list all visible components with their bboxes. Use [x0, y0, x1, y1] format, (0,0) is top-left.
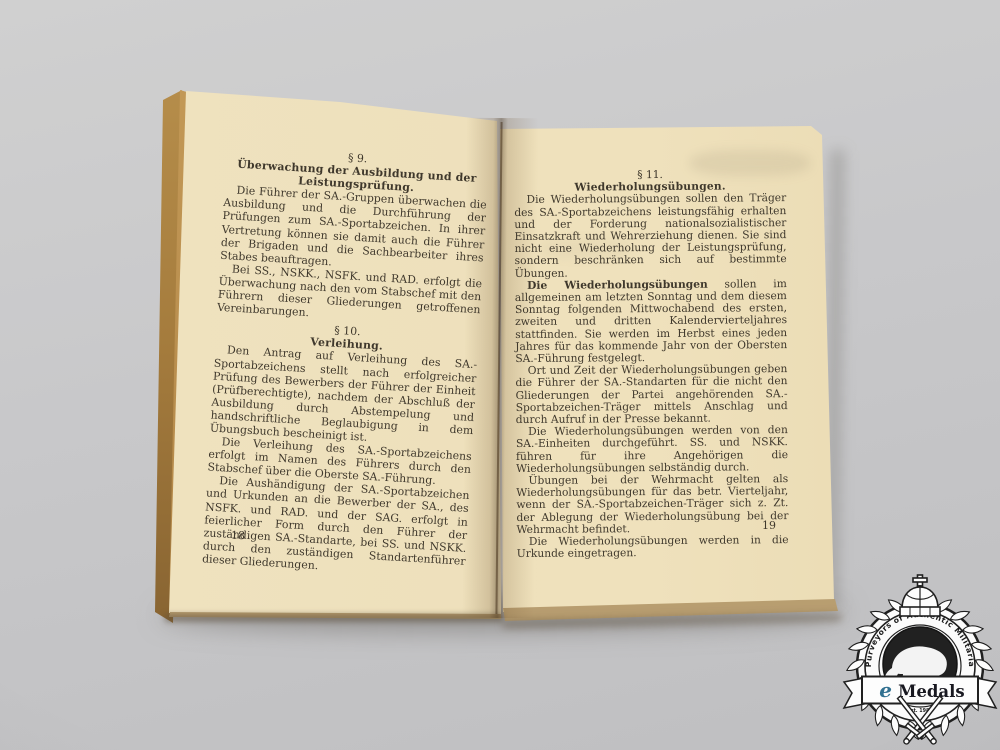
- brand-text: e Medals: [879, 678, 964, 702]
- book-photo: § 9. Überwachung der Ausbildung und der …: [0, 0, 1000, 750]
- paragraph: Die Wiederholungsübungen sollen im allge…: [515, 278, 788, 365]
- left-page-text: § 9. Überwachung der Ausbildung und der …: [202, 141, 490, 581]
- paragraph: Die Wiederholungsübungen werden von den …: [516, 424, 788, 475]
- left-page-bottom-shadow: [165, 614, 503, 622]
- ribbon-banner: e Medals: [844, 677, 996, 709]
- paragraph: Die Wiederholungsübungen sollen den Träg…: [514, 193, 787, 280]
- crown-icon: [900, 575, 940, 616]
- page-number-left: 18: [231, 529, 245, 542]
- paragraph: Die Wiederholungsübungen werden in die U…: [517, 534, 789, 560]
- paragraph: Die Führer der SA.-Gruppen überwachen di…: [220, 183, 487, 277]
- paragraph: Die Aushändigung der SA.-Sportabzeichen …: [202, 474, 470, 581]
- page-number-right: 19: [762, 519, 776, 532]
- right-page-text: § 11. Wiederholungsübungen. Die Wiederho…: [514, 165, 789, 560]
- paragraph-rest: sollen im allgemeinen am letzten Sonntag…: [515, 277, 787, 365]
- paragraph: Ort und Zeit der Wiederholungsübungen ge…: [515, 363, 787, 426]
- emedals-watermark: Purveyors of Authentic Militaria: [838, 574, 1000, 750]
- paragraph: Übungen bei der Wehrmacht gelten als Wie…: [516, 473, 788, 536]
- paragraph: Den Antrag auf Verleihung des SA.-Sporta…: [210, 343, 478, 450]
